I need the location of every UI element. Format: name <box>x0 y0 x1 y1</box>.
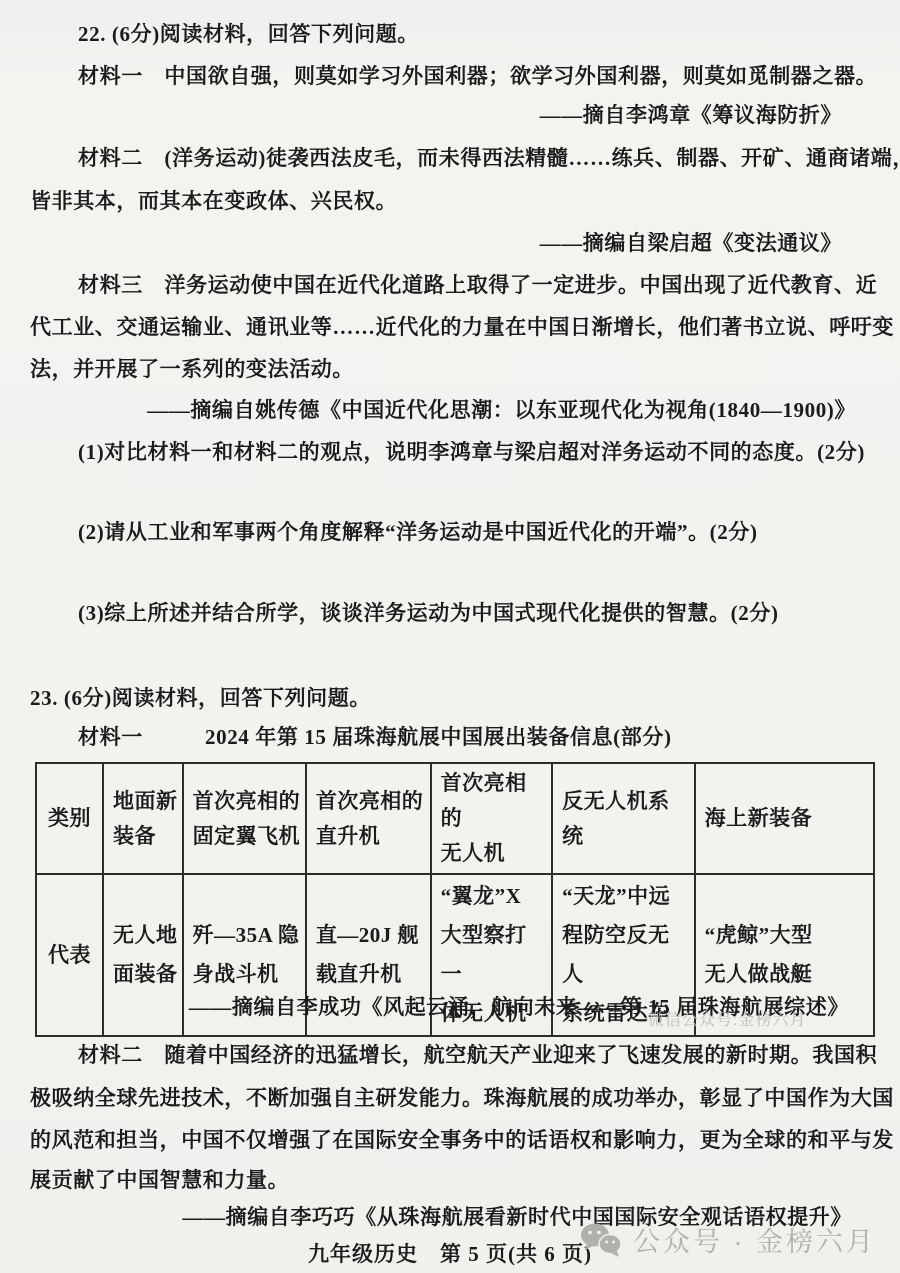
q22-subquestion-3: (3)综上所述并结合所学，谈谈洋务运动为中国式现代化提供的智慧。(2分) <box>78 598 779 628</box>
table-header-naval-equipment: 海上新装备 <box>695 763 874 874</box>
table-header-row: 类别 地面新 装备 首次亮相的 固定翼飞机 首次亮相的 直升机 首次亮相的 无人… <box>36 763 874 874</box>
wechat-account-watermark-inline: 微信公众号:金榜六月 <box>648 1007 806 1030</box>
q23-material2-line2: 极吸纳全球先进技术，不断加强自主研发能力。珠海航展的成功举办，彰显了中国作为大国 <box>30 1083 894 1113</box>
q22-material3-citation: ——摘编自姚传德《中国近代化思潮：以东亚现代化为视角(1840—1900)》 <box>147 395 856 425</box>
q22-material3-line1: 材料三 洋务运动使中国在近代化道路上取得了一定进步。中国出现了近代教育、近 <box>78 270 877 300</box>
table-header-uav: 首次亮相的 无人机 <box>431 763 553 874</box>
wechat-icon <box>579 1222 623 1258</box>
q22-subquestion-1: (1)对比材料一和材料二的观点，说明李鸿章与梁启超对洋务运动不同的态度。(2分) <box>78 437 865 467</box>
q22-material2-citation: ——摘编自梁启超《变法通议》 <box>540 228 842 258</box>
table-cell-ground-equipment: 无人地 面装备 <box>103 874 183 1036</box>
q22-heading: 22. (6分)阅读材料，回答下列问题。 <box>78 19 419 49</box>
wechat-account-label: 公众号 · 金榜六月 <box>633 1220 876 1259</box>
q23-material1-table-title: 2024 年第 15 届珠海航展中国展出装备信息(部分) <box>205 722 672 752</box>
q23-material2-line4: 展贡献了中国智慧和力量。 <box>30 1165 289 1195</box>
q22-material1-text: 材料一 中国欲自强，则莫如学习外国利器；欲学习外国利器，则莫如觅制器之器。 <box>78 61 877 91</box>
q22-material2-line2: 皆非其本，而其本在变政体、兴民权。 <box>30 186 397 216</box>
table-cell-representative-label: 代表 <box>36 874 103 1036</box>
table-header-fixed-wing-aircraft: 首次亮相的 固定翼飞机 <box>183 763 306 874</box>
q23-material1-label: 材料一 <box>78 722 143 752</box>
q23-heading: 23. (6分)阅读材料，回答下列问题。 <box>30 683 371 713</box>
table-header-ground-equipment: 地面新 装备 <box>103 763 183 874</box>
q22-subquestion-2: (2)请从工业和军事两个角度解释“洋务运动是中国近代化的开端”。(2分) <box>78 517 758 547</box>
q22-material2-line1: 材料二 (洋务运动)徒袭西法皮毛，而未得西法精髓……练兵、制器、开矿、通商诸端， <box>78 143 900 173</box>
table-header-helicopter: 首次亮相的 直升机 <box>306 763 431 874</box>
q23-material2-line3: 的风范和担当，中国不仅增强了在国际安全事务中的话语权和影响力，更为全球的和平与发 <box>30 1125 894 1155</box>
q22-material1-citation: ——摘自李鸿章《筹议海防折》 <box>540 100 842 130</box>
table-header-category: 类别 <box>36 763 103 874</box>
wechat-account-watermark-footer: 公众号 · 金榜六月 <box>579 1220 876 1259</box>
exam-paper-page: 22. (6分)阅读材料，回答下列问题。 材料一 中国欲自强，则莫如学习外国利器… <box>0 0 900 1273</box>
q23-material2-line1: 材料二 随着中国经济的迅猛增长，航空航天产业迎来了飞速发展的新时期。我国积 <box>78 1040 877 1070</box>
q22-material3-line3: 法，并开展了一系列的变法活动。 <box>30 354 354 384</box>
q22-material3-line2: 代工业、交通运输业、通讯业等……近代化的力量在中国日渐增长，他们著书立说、呼吁变 <box>30 312 894 342</box>
table-header-anti-uav-system: 反无人机系统 <box>552 763 694 874</box>
